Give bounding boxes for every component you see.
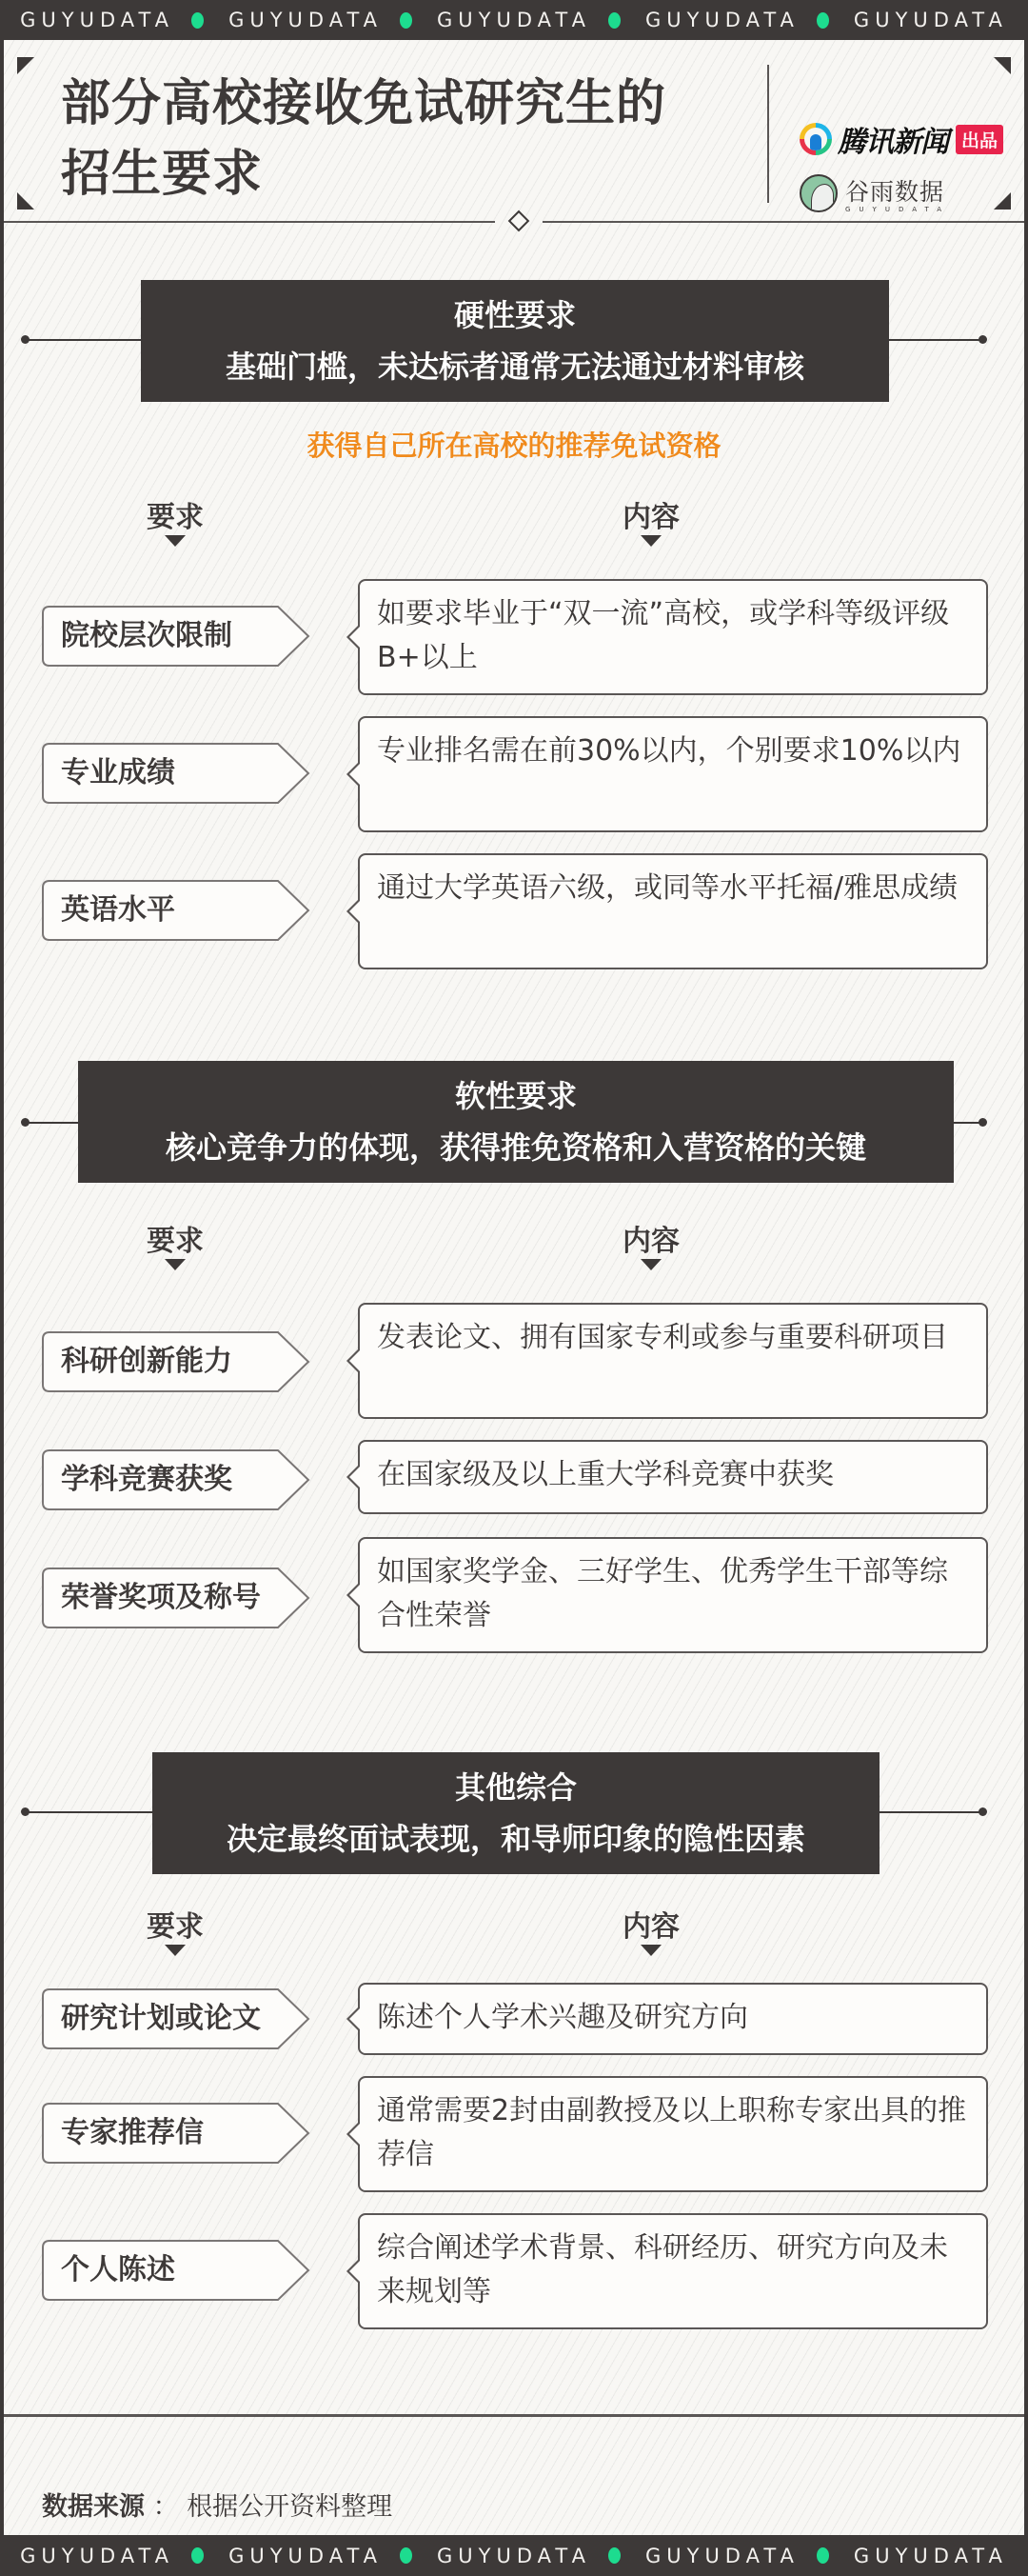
requirement-content: 发表论文、拥有国家专利或参与重要科研项目 bbox=[358, 1303, 988, 1419]
tencent-news-logo: 腾讯新闻 出品 bbox=[800, 118, 1003, 160]
requirement-content: 专业排名需在前30%以内，个别要求10%以内 bbox=[358, 716, 988, 832]
title-line-2: 招生要求 bbox=[61, 146, 263, 203]
down-arrow-icon bbox=[641, 535, 662, 547]
dot-icon bbox=[21, 335, 30, 344]
corner-triangle-icon bbox=[17, 192, 34, 210]
requirement-label: 专家推荐信 bbox=[42, 2103, 310, 2164]
down-arrow-icon bbox=[165, 1945, 186, 1956]
data-source: 数据来源 ： 根据公开资料整理 bbox=[42, 2486, 392, 2523]
green-dot-icon bbox=[400, 12, 412, 29]
section-heading: 软性要求 bbox=[78, 1070, 954, 1122]
dot-icon bbox=[979, 1118, 987, 1127]
tencent-news-name: 腾讯新闻 bbox=[838, 118, 948, 160]
corner-triangle-icon bbox=[994, 57, 1011, 74]
requirement-label: 学科竞赛获奖 bbox=[42, 1449, 310, 1510]
section-title-hard: 硬性要求 基础门槛，未达标者通常无法通过材料审核 bbox=[141, 280, 889, 402]
down-arrow-icon bbox=[641, 1259, 662, 1270]
section-subheading: 决定最终面试表现，和导师印象的隐性因素 bbox=[152, 1813, 880, 1865]
ticker-word: GUYUDATA bbox=[645, 9, 800, 31]
green-dot-icon bbox=[191, 12, 204, 29]
down-arrow-icon bbox=[641, 1945, 662, 1956]
ticker-word: GUYUDATA bbox=[437, 9, 591, 31]
section-subheading: 核心竞争力的体现，获得推免资格和入营资格的关键 bbox=[78, 1122, 954, 1173]
section-title-other: 其他综合 决定最终面试表现，和导师印象的隐性因素 bbox=[152, 1752, 880, 1874]
requirement-content: 如国家奖学金、三好学生、优秀学生干部等综合性荣誉 bbox=[358, 1537, 988, 1653]
down-arrow-icon bbox=[165, 535, 186, 547]
requirement-label: 研究计划或论文 bbox=[42, 1988, 310, 2049]
requirement-label: 专业成绩 bbox=[42, 743, 310, 804]
ticker-word: GUYUDATA bbox=[228, 2545, 383, 2567]
guyu-data-subtitle: GUYUDATA bbox=[845, 206, 950, 213]
guyu-data-name: 谷雨数据 bbox=[845, 173, 944, 208]
dot-icon bbox=[979, 335, 987, 344]
ticker-word: GUYUDATA bbox=[20, 9, 174, 31]
orange-note: 获得自己所在高校的推荐免试资格 bbox=[4, 425, 1024, 464]
data-source-label: 数据来源 bbox=[42, 2492, 145, 2522]
column-header-requirement: 要求 bbox=[128, 1217, 223, 1259]
section-heading: 其他综合 bbox=[152, 1762, 880, 1813]
requirement-label: 科研创新能力 bbox=[42, 1331, 310, 1392]
ticker-word: GUYUDATA bbox=[645, 2545, 800, 2567]
requirement-label: 个人陈述 bbox=[42, 2240, 310, 2301]
header-vertical-divider bbox=[767, 65, 769, 203]
ticker-word: GUYUDATA bbox=[854, 2545, 1008, 2567]
guyu-data-logo: 谷雨数据 GUYUDATA bbox=[800, 173, 950, 213]
ticker-word: GUYUDATA bbox=[854, 9, 1008, 31]
green-dot-icon bbox=[608, 12, 621, 29]
requirement-label: 院校层次限制 bbox=[42, 606, 310, 667]
down-arrow-icon bbox=[165, 1259, 186, 1270]
page-title: 部分高校接收免试研究生的 招生要求 bbox=[61, 69, 746, 210]
bottom-ticker-banner: GUYUDATA GUYUDATA GUYUDATA GUYUDATA GUYU… bbox=[0, 2535, 1028, 2576]
data-source-value: 根据公开资料整理 bbox=[187, 2492, 392, 2522]
green-dot-icon bbox=[608, 2547, 621, 2564]
infographic-page: 部分高校接收免试研究生的 招生要求 腾讯新闻 出品 谷雨数据 GUYUDATA … bbox=[4, 40, 1024, 2535]
column-header-content: 内容 bbox=[603, 1903, 699, 1945]
column-header-requirement: 要求 bbox=[128, 1903, 223, 1945]
green-dot-icon bbox=[400, 2547, 412, 2564]
produced-badge: 出品 bbox=[956, 125, 1003, 154]
column-header-content: 内容 bbox=[603, 1217, 699, 1259]
data-source-separator: ： bbox=[153, 2492, 179, 2522]
dot-icon bbox=[979, 1807, 987, 1816]
requirement-content: 在国家级及以上重大学科竞赛中获奖 bbox=[358, 1440, 988, 1514]
column-header-requirement: 要求 bbox=[128, 493, 223, 535]
diamond-icon bbox=[508, 210, 530, 232]
requirement-content: 陈述个人学术兴趣及研究方向 bbox=[358, 1983, 988, 2055]
corner-triangle-icon bbox=[17, 57, 34, 74]
green-dot-icon bbox=[817, 2547, 829, 2564]
section-title-soft: 软性要求 核心竞争力的体现，获得推免资格和入营资格的关键 bbox=[78, 1061, 954, 1183]
section-subheading: 基础门槛，未达标者通常无法通过材料审核 bbox=[141, 341, 889, 392]
section-heading: 硬性要求 bbox=[141, 290, 889, 341]
corner-triangle-icon bbox=[994, 192, 1011, 210]
requirement-content: 综合阐述学术背景、科研经历、研究方向及未来规划等 bbox=[358, 2213, 988, 2329]
header-divider-right bbox=[543, 221, 1024, 223]
tencent-penguin-icon bbox=[800, 123, 832, 155]
green-dot-icon bbox=[191, 2547, 204, 2564]
guyu-bird-icon bbox=[800, 174, 838, 212]
requirement-content: 通常需要2封由副教授及以上职称专家出具的推荐信 bbox=[358, 2076, 988, 2192]
requirement-content: 通过大学英语六级，或同等水平托福/雅思成绩 bbox=[358, 853, 988, 969]
header-divider-left bbox=[4, 221, 495, 223]
footer-divider bbox=[4, 2414, 1024, 2417]
dot-icon bbox=[21, 1118, 30, 1127]
column-header-content: 内容 bbox=[603, 493, 699, 535]
requirement-content: 如要求毕业于“双一流”高校，或学科等级评级B+以上 bbox=[358, 579, 988, 695]
requirement-label: 荣誉奖项及称号 bbox=[42, 1568, 310, 1628]
top-ticker-banner: GUYUDATA GUYUDATA GUYUDATA GUYUDATA GUYU… bbox=[0, 0, 1028, 40]
ticker-word: GUYUDATA bbox=[437, 2545, 591, 2567]
requirement-label: 英语水平 bbox=[42, 880, 310, 941]
ticker-word: GUYUDATA bbox=[20, 2545, 174, 2567]
green-dot-icon bbox=[817, 12, 829, 29]
dot-icon bbox=[21, 1807, 30, 1816]
title-line-1: 部分高校接收免试研究生的 bbox=[61, 75, 666, 132]
ticker-word: GUYUDATA bbox=[228, 9, 383, 31]
